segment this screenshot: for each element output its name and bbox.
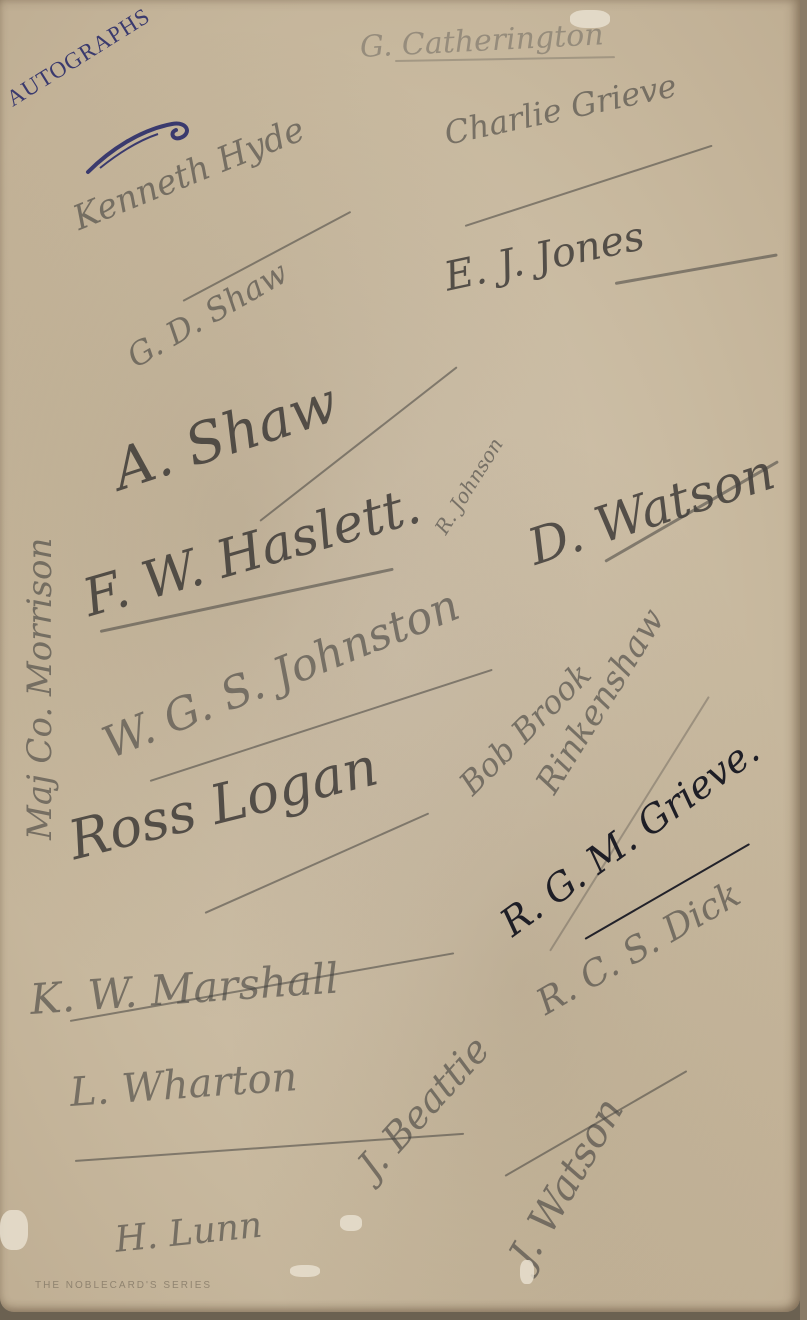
signature: J. Beattie xyxy=(349,1027,499,1186)
signature: H. Lunn xyxy=(113,1205,264,1261)
autograph-card: AUTOGRAPHS G. Catherington Charlie Griev… xyxy=(0,0,800,1312)
signature-vertical: Maj Co. Morrison xyxy=(20,538,60,840)
autographs-heading: AUTOGRAPHS xyxy=(2,3,155,112)
signature: R. Johnson xyxy=(430,433,508,538)
printer-imprint: THE NOBLECARD'S SERIES xyxy=(35,1280,212,1291)
paper-wear xyxy=(570,10,610,28)
paper-wear xyxy=(0,1210,28,1250)
signature: G. D. Shaw xyxy=(121,253,295,375)
signature: E. J. Jones xyxy=(440,213,648,300)
signature: J. Watson xyxy=(500,1090,633,1274)
paper-wear xyxy=(520,1260,534,1284)
paper-wear xyxy=(340,1215,362,1231)
signature-underline xyxy=(465,145,713,227)
signature: K. W. Marshall xyxy=(28,953,340,1023)
paper-wear xyxy=(290,1265,320,1277)
signature: D. Watson xyxy=(521,443,781,577)
signature: L. Wharton xyxy=(68,1054,298,1116)
signature: Charlie Grieve xyxy=(441,66,680,152)
card-edge xyxy=(800,0,807,1320)
